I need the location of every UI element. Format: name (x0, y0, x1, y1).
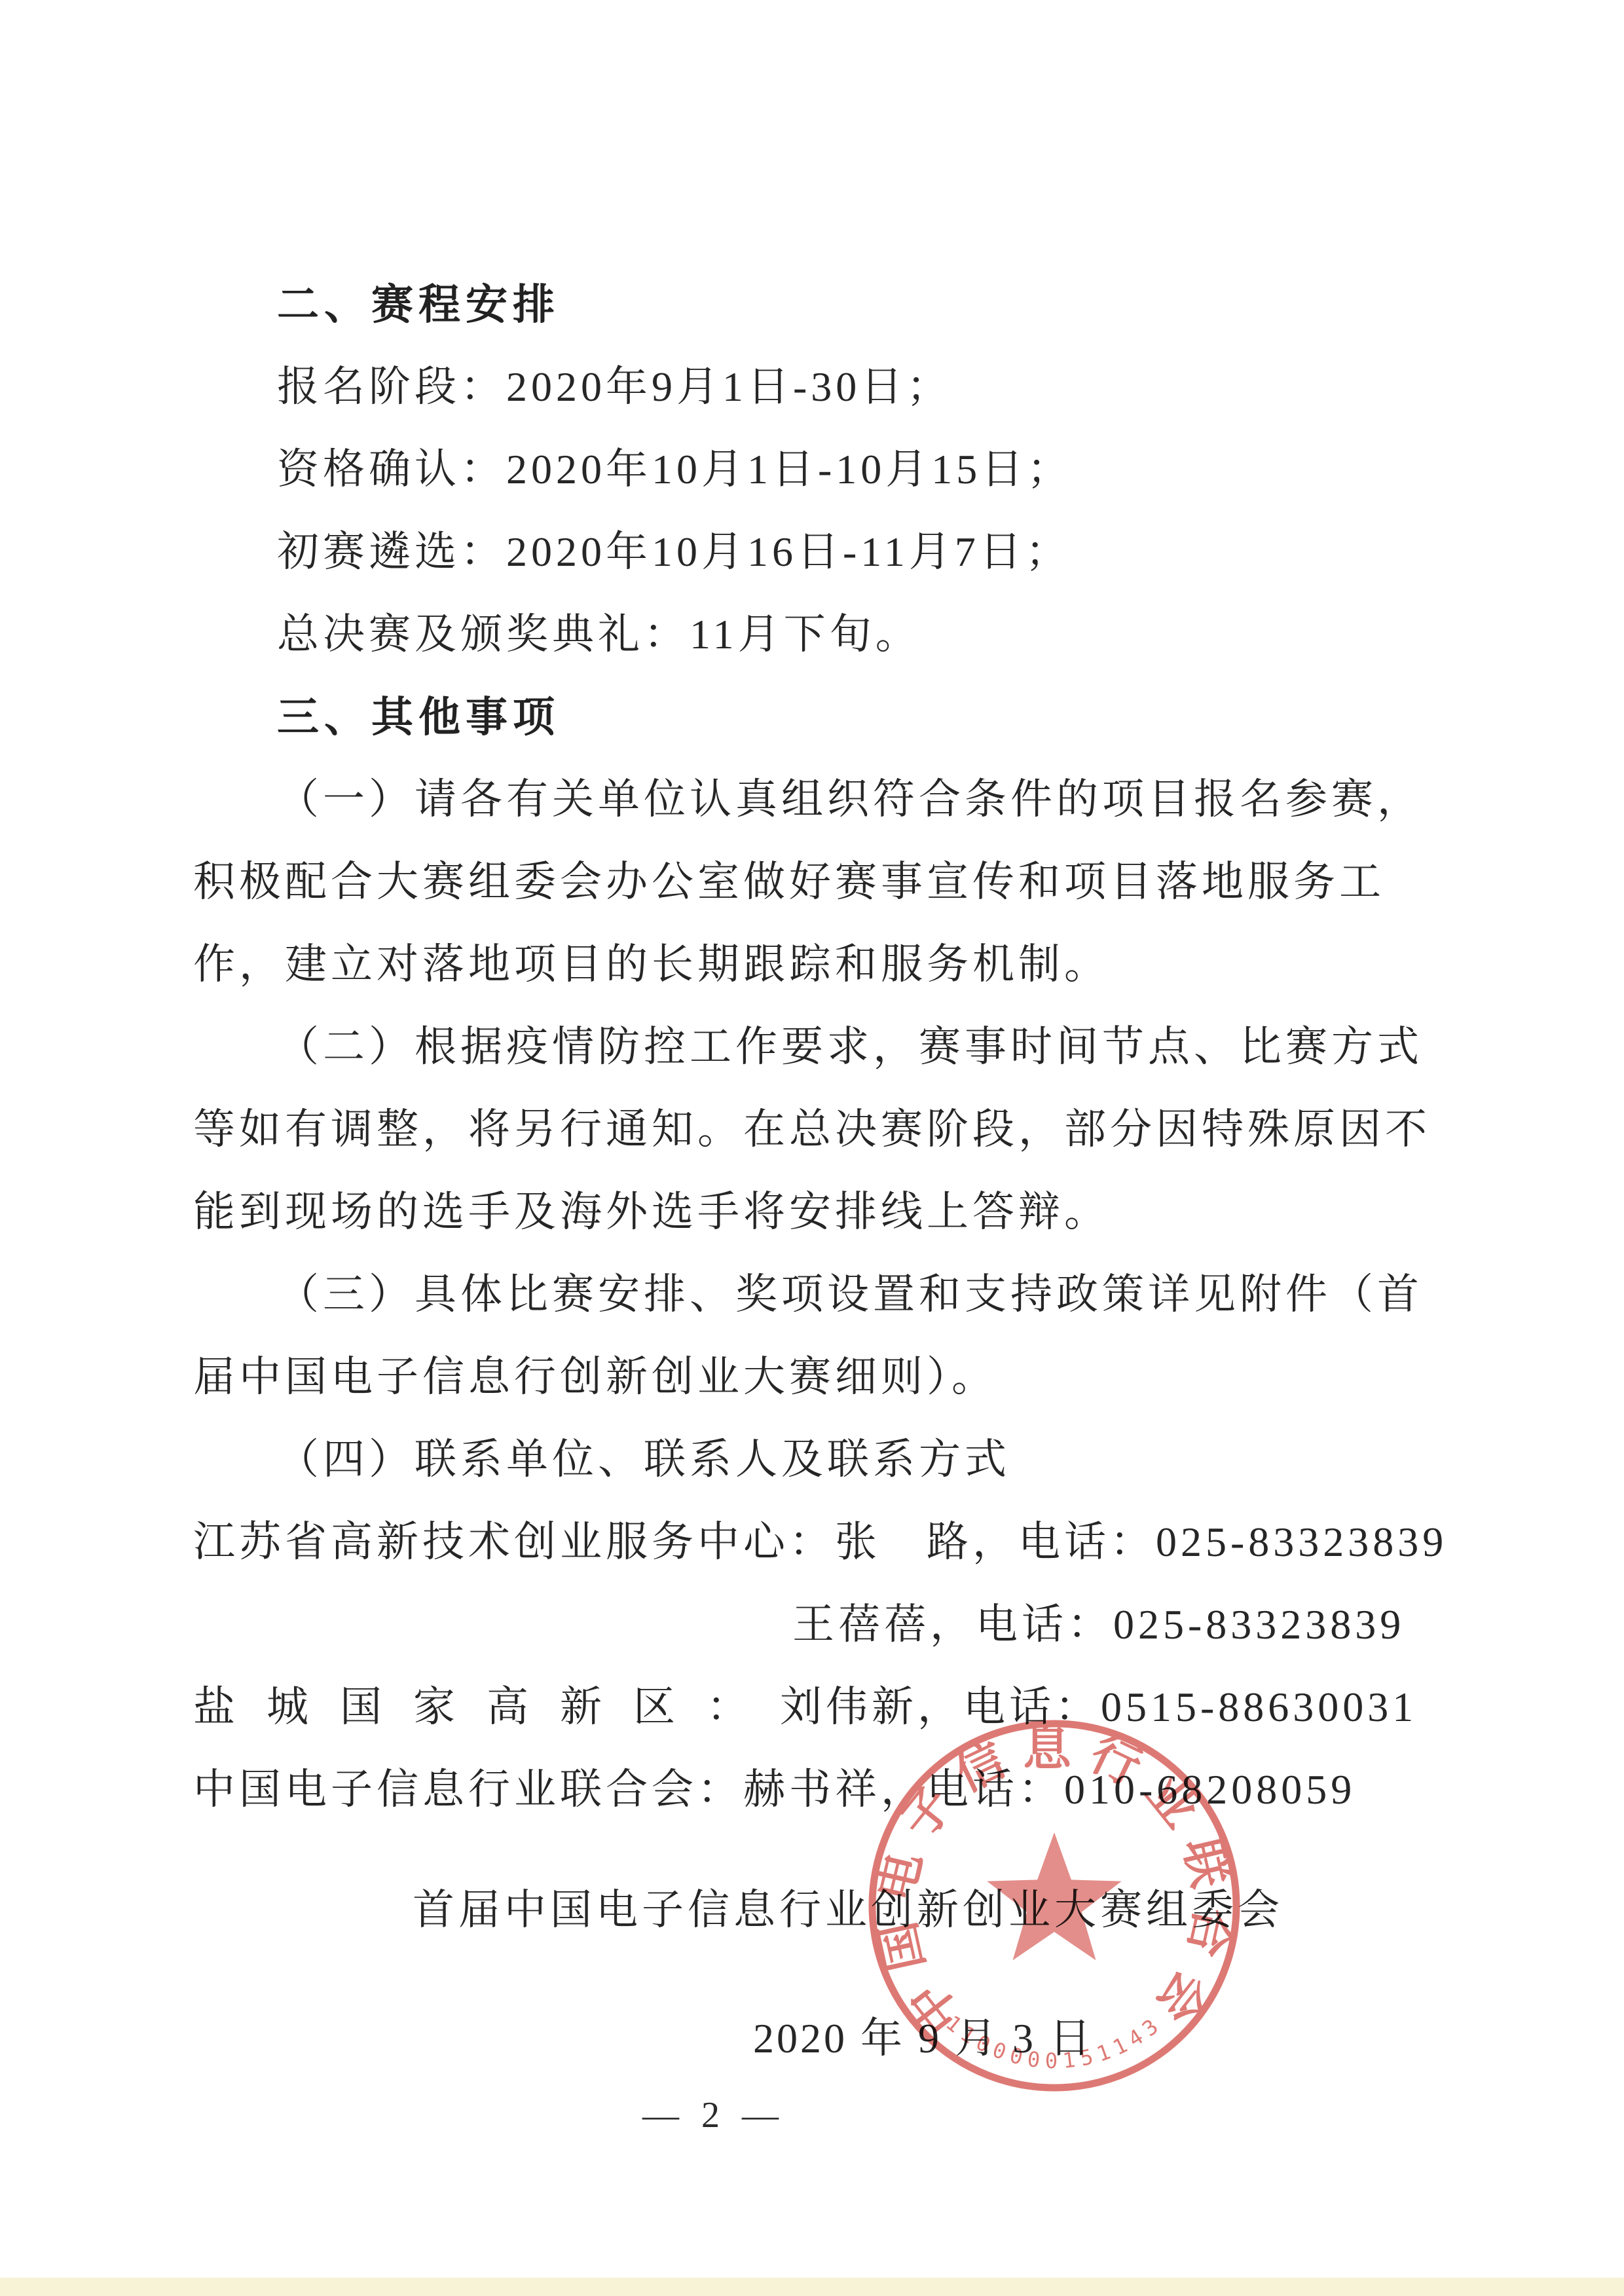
contact-line-ceif: 中国电子信息行业联合会：赫书祥，电话：010-68208059 (193, 1749, 1431, 1831)
schedule-line-final: 总决赛及颁奖典礼：11月下旬。 (193, 593, 1431, 676)
para1-line1: （一）请各有关单位认真组织符合条件的项目报名参赛， (193, 758, 1431, 841)
contact-line-jiangsu: 江苏省高新技术创业服务中心：张 路，电话：025-83323839 (193, 1501, 1431, 1583)
scan-edge-strip (0, 2278, 1624, 2296)
schedule-line-qualification: 资格确认：2020年10月1日-10月15日； (193, 428, 1431, 511)
signature-line: 首届中国电子信息行业创新创业大赛组委会 (193, 1869, 1431, 1952)
page-number: — 2 — (193, 2076, 1234, 2155)
schedule-line-preliminary: 初赛遴选：2020年10月16日-11月7日； (193, 511, 1431, 593)
para2-line1: （二）根据疫情防控工作要求，赛事时间节点、比赛方式 (193, 1006, 1431, 1088)
contact-person-phone: 王蓓蓓，电话：025-83323839 (792, 1601, 1405, 1648)
document-content: 二、赛程安排 报名阶段：2020年9月1日-30日； 资格确认：2020年10月… (0, 0, 1624, 2155)
section3-heading: 三、其他事项 (193, 676, 1431, 758)
document-page: 二、赛程安排 报名阶段：2020年9月1日-30日； 资格确认：2020年10月… (0, 0, 1624, 2296)
contact-person-phone: 张 路，电话：025-83323839 (835, 1519, 1447, 1565)
para3-line1: （三）具体比赛安排、奖项设置和支持政策详见附件（首 (193, 1253, 1431, 1336)
contact-org: 江苏省高新技术创业服务中心： (193, 1519, 835, 1565)
contact-org: 盐城国家高新区： (193, 1684, 780, 1730)
section2-heading: 二、赛程安排 (193, 263, 1431, 346)
contact-line-yancheng: 盐城国家高新区：刘伟新，电话：0515-88630031 (193, 1666, 1431, 1749)
schedule-line-registration: 报名阶段：2020年9月1日-30日； (193, 346, 1431, 428)
contact-org: 中国电子信息行业联合会： (193, 1766, 743, 1813)
para1-line3: 作，建立对落地项目的长期跟踪和服务机制。 (193, 923, 1431, 1006)
para2-line2: 等如有调整，将另行通知。在总决赛阶段，部分因特殊原因不 (193, 1088, 1431, 1171)
date-line: 2020 年 9 月 3 日 (193, 1997, 1431, 2080)
para1-line2: 积极配合大赛组委会办公室做好赛事宣传和项目落地服务工 (193, 841, 1431, 923)
para4-line1: （四）联系单位、联系人及联系方式 (193, 1418, 1431, 1501)
contact-person-phone: 赫书祥，电话：010-68208059 (743, 1766, 1356, 1813)
contact-person-phone: 刘伟新，电话：0515-88630031 (780, 1684, 1417, 1730)
para2-line3: 能到现场的选手及海外选手将安排线上答辩。 (193, 1171, 1431, 1253)
para3-line2: 届中国电子信息行创新创业大赛细则）。 (193, 1336, 1431, 1418)
contact-line-wangbeibei: 王蓓蓓，电话：025-83323839 (193, 1583, 1431, 1666)
